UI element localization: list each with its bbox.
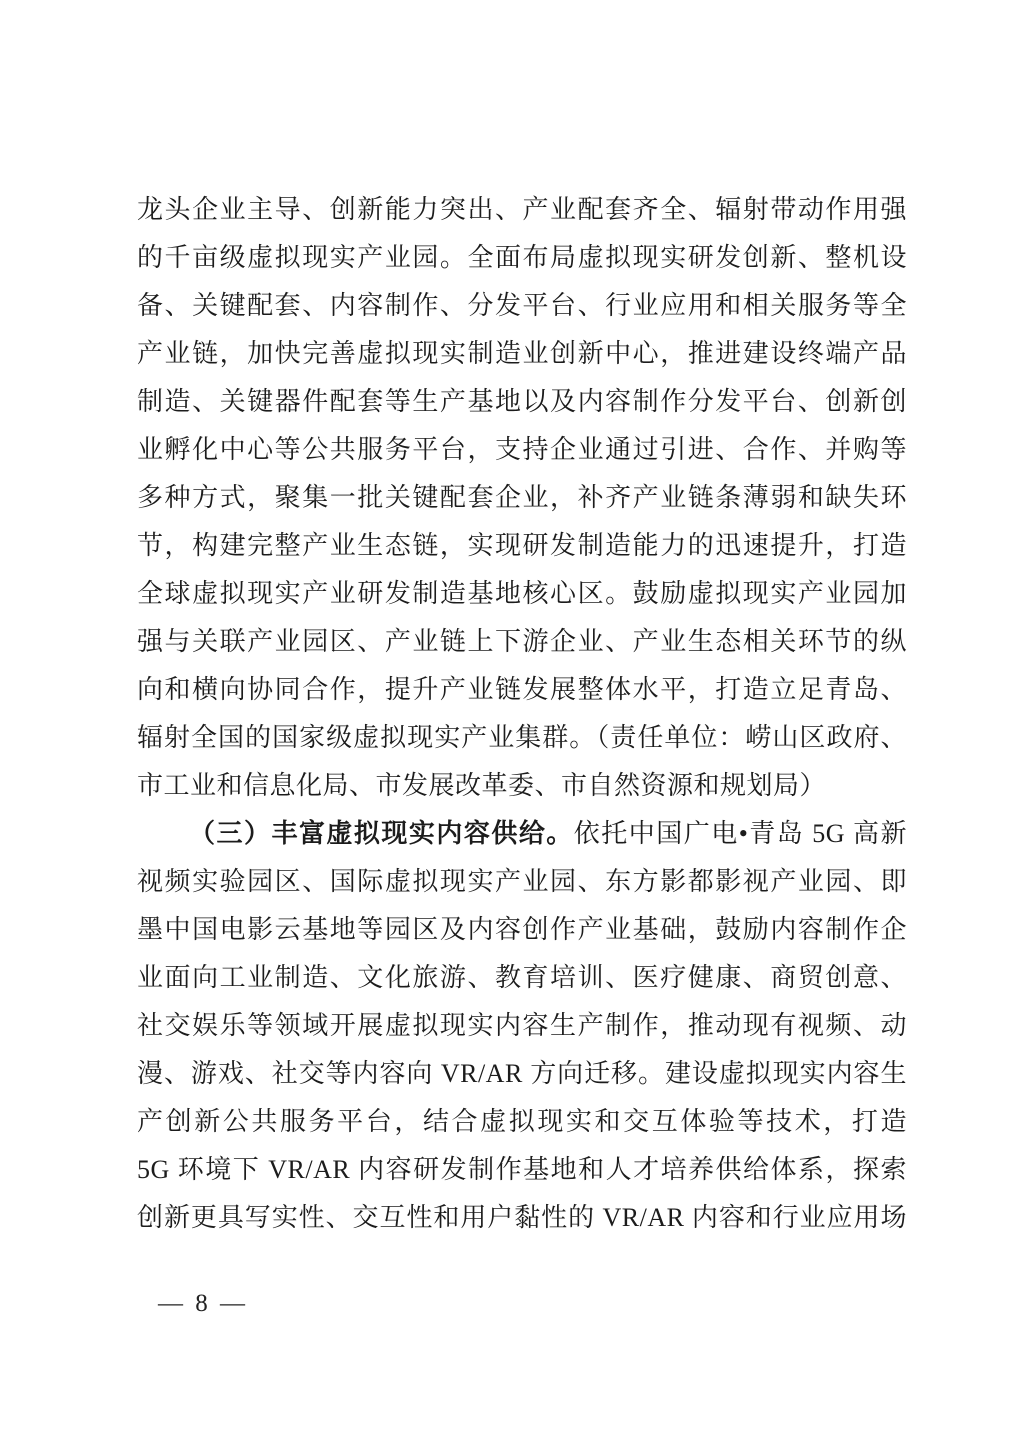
text-line: 漫、游戏、社交等内容向 VR/AR 方向迁移。建设虚拟现实内容生 [137,1050,907,1098]
text-line: 龙头企业主导、创新能力突出、产业配套齐全、辐射带动作用强 [137,186,907,234]
text-line: 辐射全国的国家级虚拟现实产业集群。（责任单位：崂山区政府、 [137,714,907,762]
text-line: 备、关键配套、内容制作、分发平台、行业应用和相关服务等全 [137,282,907,330]
text-line: 社交娱乐等领域开展虚拟现实内容生产制作，推动现有视频、动 [137,1002,907,1050]
section-heading-label: （三）丰富虚拟现实内容供给。 [189,819,574,848]
body-text: 龙头企业主导、创新能力突出、产业配套齐全、辐射带动作用强 的千亩级虚拟现实产业园… [137,186,907,1242]
text-line: 业面向工业制造、文化旅游、教育培训、医疗健康、商贸创意、 [137,954,907,1002]
text-line: 视频实验园区、国际虚拟现实产业园、东方影都影视产业园、即 [137,858,907,906]
text-line: 多种方式，聚集一批关键配套企业，补齐产业链条薄弱和缺失环 [137,474,907,522]
text-line: 的千亩级虚拟现实产业园。全面布局虚拟现实研发创新、整机设 [137,234,907,282]
text-line: 5G 环境下 VR/AR 内容研发制作基地和人才培养供给体系，探索 [137,1146,907,1194]
text-line-section-heading: （三）丰富虚拟现实内容供给。依托中国广电•青岛 5G 高新 [137,810,907,858]
text-line: 墨中国电影云基地等园区及内容创作产业基础，鼓励内容制作企 [137,906,907,954]
text-line: 节，构建完整产业生态链，实现研发制造能力的迅速提升，打造 [137,522,907,570]
text-line: 业孵化中心等公共服务平台，支持企业通过引进、合作、并购等 [137,426,907,474]
text-line: 制造、关键器件配套等生产基地以及内容制作分发平台、创新创 [137,378,907,426]
section-heading-continuation: 依托中国广电•青岛 5G 高新 [574,819,907,848]
document-page: 龙头企业主导、创新能力突出、产业配套齐全、辐射带动作用强 的千亩级虚拟现实产业园… [0,0,1024,1447]
text-line: 产业链，加快完善虚拟现实制造业创新中心，推进建设终端产品 [137,330,907,378]
text-line: 创新更具写实性、交互性和用户黏性的 VR/AR 内容和行业应用场 [137,1194,907,1242]
text-line-paragraph-end: 市工业和信息化局、市发展改革委、市自然资源和规划局） [137,762,907,810]
text-line: 产创新公共服务平台，结合虚拟现实和交互体验等技术，打造 [137,1098,907,1146]
text-line: 强与关联产业园区、产业链上下游企业、产业生态相关环节的纵 [137,618,907,666]
text-line: 向和横向协同合作，提升产业链发展整体水平，打造立足青岛、 [137,666,907,714]
text-line: 全球虚拟现实产业研发制造基地核心区。鼓励虚拟现实产业园加 [137,570,907,618]
page-number: — 8 — [158,1290,248,1318]
